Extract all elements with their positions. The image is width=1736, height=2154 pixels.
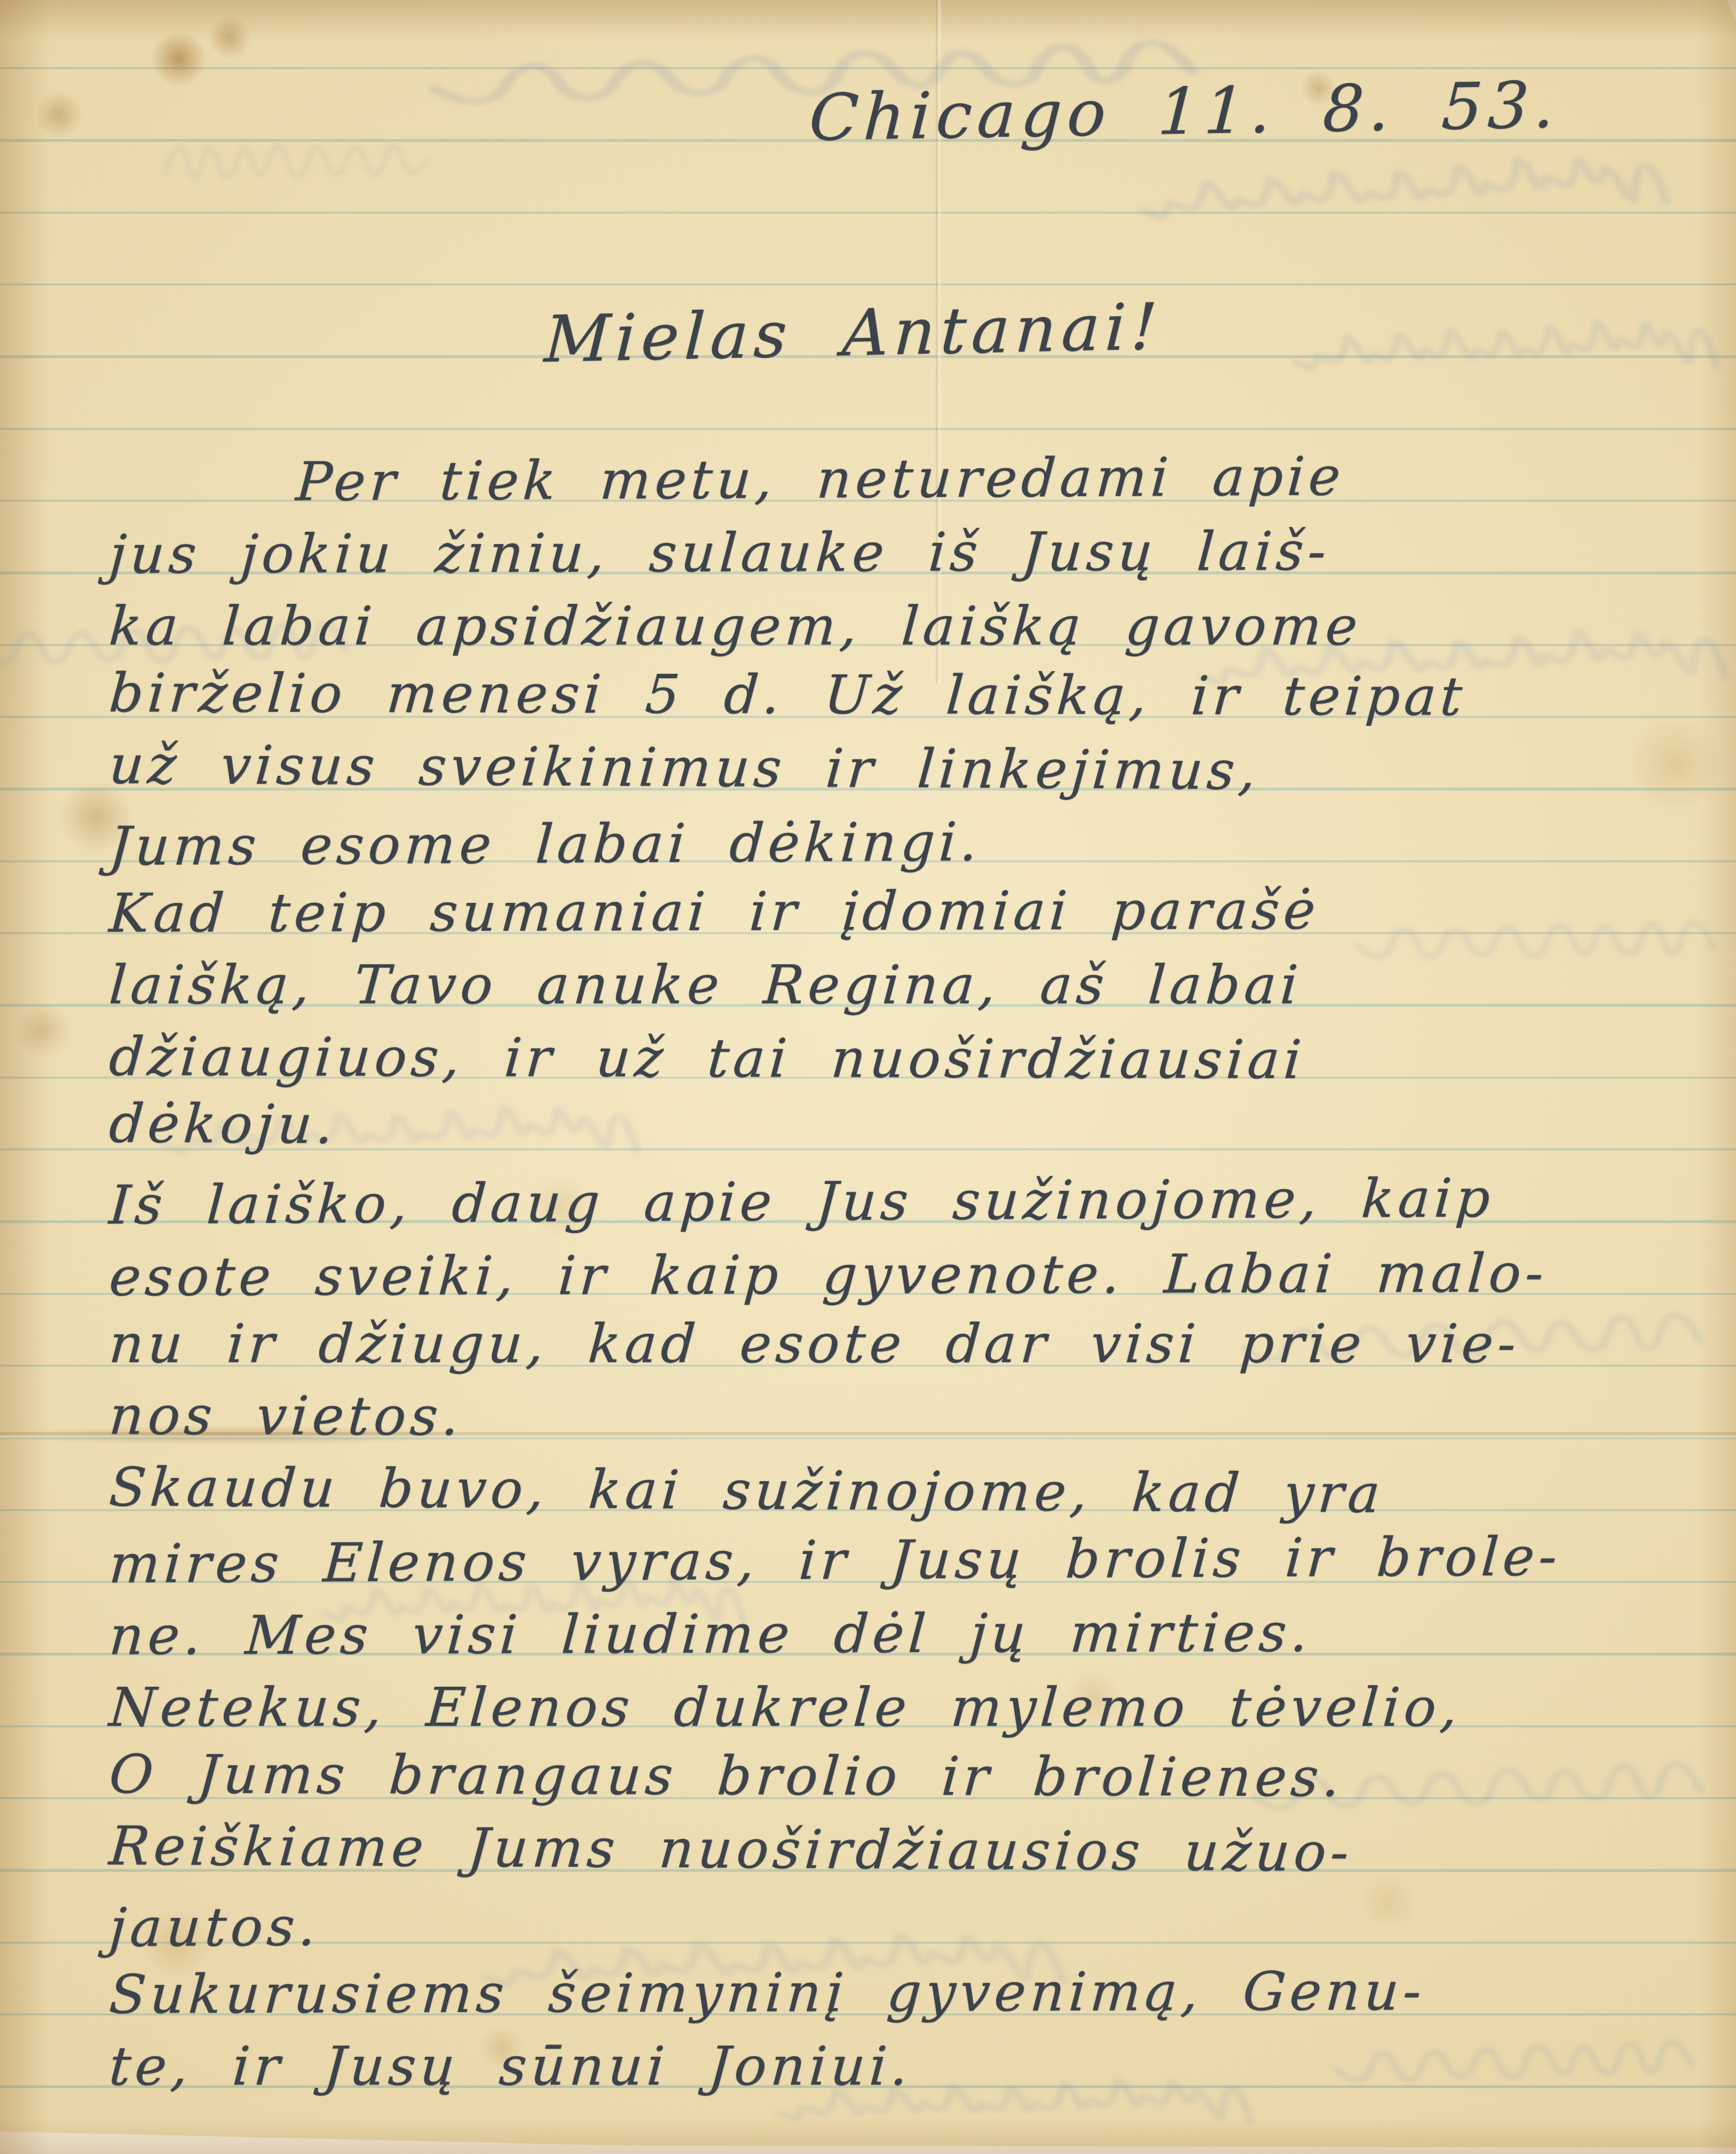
handwritten-line: Netekus, Elenos dukrele mylemo tėvelio, xyxy=(107,1671,1660,1743)
handwritten-line: nu ir džiugu, kad esote dar visi prie vi… xyxy=(107,1308,1660,1380)
handwritten-line: laišką, Tavo anuke Regina, aš labai xyxy=(107,949,1660,1021)
handwritten-line: O Jums brangaus brolio ir brolienes. xyxy=(107,1738,1660,1814)
handwritten-line: Skaudu buvo, kai sužinojome, kad yra xyxy=(107,1451,1660,1531)
handwritten-line: Iš laiško, daug apie Jus sužinojome, kai… xyxy=(107,1161,1660,1241)
handwritten-line: mires Elenos vyras, ir Jusų brolis ir br… xyxy=(107,1520,1660,1600)
handwritten-line: Jums esome labai dėkingi. xyxy=(107,802,1660,882)
handwritten-line: te, ir Jusų sūnui Joniui. xyxy=(107,2030,1660,2102)
handwritten-line: jus jokiu žiniu, sulauke iš Jusų laiš- xyxy=(107,514,1660,591)
handwritten-line: Sukurusiems šeimyninį gyvenimą, Genu- xyxy=(107,1954,1660,2031)
dateline: Chicago 11. 8. 53. xyxy=(808,68,1562,156)
letter-body: Per tiek metu, neturedami apiejus jokiu … xyxy=(109,444,1658,2102)
handwritten-line: ka labai apsidžiaugem, laišką gavome xyxy=(107,590,1660,662)
handwritten-line: Kad teip sumaniai ir įdomiai parašė xyxy=(107,873,1660,949)
handwritten-line: Per tiek metu, neturedami apie xyxy=(107,438,1660,518)
handwritten-line: birželio menesi 5 d. Už laišką, ir teipa… xyxy=(107,657,1660,733)
handwritten-line: ne. Mes visi liudime dėl jų mirties. xyxy=(107,1595,1660,1672)
handwritten-line: dėkoju. xyxy=(107,1087,1660,1167)
handwritten-line: nos vietos. xyxy=(107,1379,1660,1456)
handwritten-line: esote sveiki, ir kaip gyvenote. Labai ma… xyxy=(107,1237,1660,1313)
handwritten-line: Reiškiame Jums nuoširdžiausios užuo- xyxy=(107,1810,1660,1890)
handwritten-line: jautos. xyxy=(107,1883,1660,1963)
handwritten-line: džiaugiuos, ir už tai nuoširdžiausiai xyxy=(107,1020,1660,1097)
salutation: Mielas Antanai! xyxy=(543,290,1164,377)
scanned-letter-page: Chicago 11. 8. 53. Mielas Antanai! Per t… xyxy=(0,0,1736,2154)
handwritten-line: už visus sveikinimus ir linkejimus, xyxy=(107,728,1660,808)
